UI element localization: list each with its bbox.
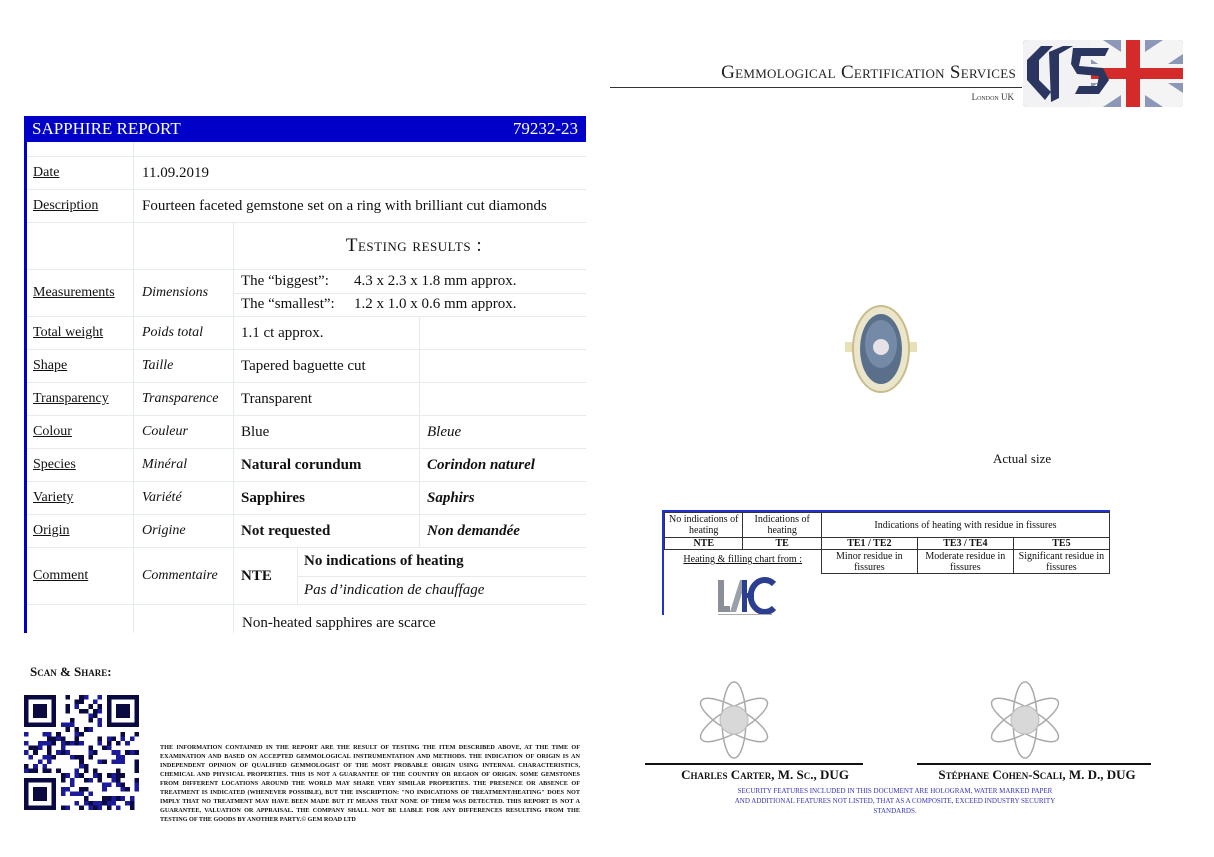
attribute-label: Origin: [27, 515, 134, 547]
attribute-value: Transparent: [234, 383, 420, 415]
image-caption: Actual size: [993, 451, 1051, 467]
attribute-label: Colour: [27, 416, 134, 448]
attribute-label-fr: Origine: [134, 515, 234, 547]
attribute-value-fr: Corindon naturel: [420, 449, 586, 481]
testing-results-title: Testing results :: [234, 223, 586, 269]
comment-text: No indications of heating: [298, 548, 586, 577]
measurement-biggest: The “biggest”: 4.3 x 2.3 x 1.8 mm approx…: [234, 270, 586, 294]
signature-line: [645, 763, 863, 765]
attribute-value: Tapered baguette cut: [234, 350, 420, 382]
date-label: Date: [27, 157, 134, 189]
report-header: SAPPHIRE REPORT 79232-23: [24, 116, 586, 142]
attribute-value: Blue: [234, 416, 420, 448]
heat-source-label: Heating & filling chart from :: [665, 550, 822, 574]
attribute-value: Not requested: [234, 515, 420, 547]
spacer-row: [27, 142, 586, 157]
hologram-seal-icon: [694, 680, 774, 765]
company-name: Gemmological Certification Services: [612, 62, 1016, 84]
attribute-label: Total weight: [27, 317, 134, 349]
attribute-row: ColourCouleurBlueBleue: [27, 416, 586, 449]
attribute-value-fr: [420, 317, 586, 349]
comment-code: NTE: [234, 548, 298, 604]
signatory-name-1: Charles Carter, M. Sc., DUG: [645, 767, 885, 783]
measurements-row: Measurements Dimensions The “biggest”: 4…: [27, 270, 586, 317]
gcs-logo-icon: [1023, 40, 1183, 107]
heating-chart: No indications of heating Indications of…: [662, 510, 1110, 615]
attribute-label: Variety: [27, 482, 134, 514]
comment-label-fr: Commentaire: [134, 548, 234, 604]
measurements-label: Measurements: [27, 270, 134, 316]
attribute-label-fr: Transparence: [134, 383, 234, 415]
code-te1-te2: TE1 / TE2: [821, 538, 917, 550]
comment-label: Comment: [27, 548, 134, 604]
residue-moderate: Moderate residue in fissures: [917, 550, 1013, 574]
comment-note: Non-heated sapphires are scarce: [234, 605, 586, 633]
attribute-label-fr: Taille: [134, 350, 234, 382]
lhc-logo-icon: [716, 576, 776, 618]
signature-line: [917, 763, 1151, 765]
attribute-row: OriginOrigineNot requestedNon demandée: [27, 515, 586, 548]
heat-col-residue-header: Indications of heating with residue in f…: [821, 513, 1109, 538]
measurements-label-fr: Dimensions: [134, 270, 234, 316]
attribute-label: Transparency: [27, 383, 134, 415]
description-label: Description: [27, 190, 134, 222]
attribute-value-fr: Saphirs: [420, 482, 586, 514]
code-te3-te4: TE3 / TE4: [917, 538, 1013, 550]
comment-row: Comment Commentaire NTE No indications o…: [27, 548, 586, 605]
security-note: Security features included in this docum…: [730, 786, 1060, 816]
description-row: Description Fourteen faceted gemstone se…: [27, 190, 586, 223]
code-nte: NTE: [665, 538, 743, 550]
attribute-row: Total weightPoids total1.1 ct approx.: [27, 317, 586, 350]
attribute-row: VarietyVariétéSapphiresSaphirs: [27, 482, 586, 515]
report-title: SAPPHIRE REPORT: [32, 119, 181, 139]
ring-photo: [843, 304, 919, 394]
attribute-value-fr: [420, 350, 586, 382]
measurement-smallest: The “smallest”: 1.2 x 1.0 x 0.6 mm appro…: [234, 294, 586, 317]
note-row: Non-heated sapphires are scarce: [27, 605, 586, 633]
heating-chart-table: No indications of heating Indications of…: [664, 512, 1110, 574]
signatory-name-2: Stéphane Cohen-Scali, M. D., DUG: [917, 767, 1157, 783]
report-body: Date 11.09.2019 Description Fourteen fac…: [24, 142, 586, 633]
legal-disclaimer: The information contained in the report …: [160, 743, 580, 824]
heat-col-te-header: Indications of heating: [743, 513, 821, 538]
sapphire-report: SAPPHIRE REPORT 79232-23 Date 11.09.2019…: [24, 116, 586, 633]
date-value: 11.09.2019: [134, 157, 586, 189]
attribute-row: SpeciesMinéralNatural corundumCorindon n…: [27, 449, 586, 482]
attribute-value-fr: Bleue: [420, 416, 586, 448]
residue-minor: Minor residue in fissures: [821, 550, 917, 574]
comment-text-fr: Pas d’indication de chauffage: [298, 577, 586, 605]
company-location: London UK: [900, 92, 1014, 102]
code-te: TE: [743, 538, 821, 550]
qr-code-icon[interactable]: [24, 695, 139, 810]
attribute-row: ShapeTailleTapered baguette cut: [27, 350, 586, 383]
attribute-value: Natural corundum: [234, 449, 420, 481]
attribute-label-fr: Variété: [134, 482, 234, 514]
attribute-label: Shape: [27, 350, 134, 382]
heat-col-nte-header: No indications of heating: [665, 513, 743, 538]
attribute-value-fr: [420, 383, 586, 415]
attribute-row: TransparencyTransparenceTransparent: [27, 383, 586, 416]
report-number: 79232-23: [513, 119, 578, 139]
description-value: Fourteen faceted gemstone set on a ring …: [134, 190, 586, 222]
attribute-value: 1.1 ct approx.: [234, 317, 420, 349]
attribute-label-fr: Minéral: [134, 449, 234, 481]
hologram-seal-icon: [985, 680, 1065, 765]
attribute-value: Sapphires: [234, 482, 420, 514]
testing-results-row: Testing results :: [27, 223, 586, 270]
residue-significant: Significant residue in fissures: [1013, 550, 1109, 574]
attribute-label: Species: [27, 449, 134, 481]
date-row: Date 11.09.2019: [27, 157, 586, 190]
attribute-label-fr: Couleur: [134, 416, 234, 448]
scan-share-title: Scan & Share:: [30, 664, 112, 680]
attribute-label-fr: Poids total: [134, 317, 234, 349]
attribute-value-fr: Non demandée: [420, 515, 586, 547]
header-divider: [610, 87, 1022, 88]
code-te5: TE5: [1013, 538, 1109, 550]
